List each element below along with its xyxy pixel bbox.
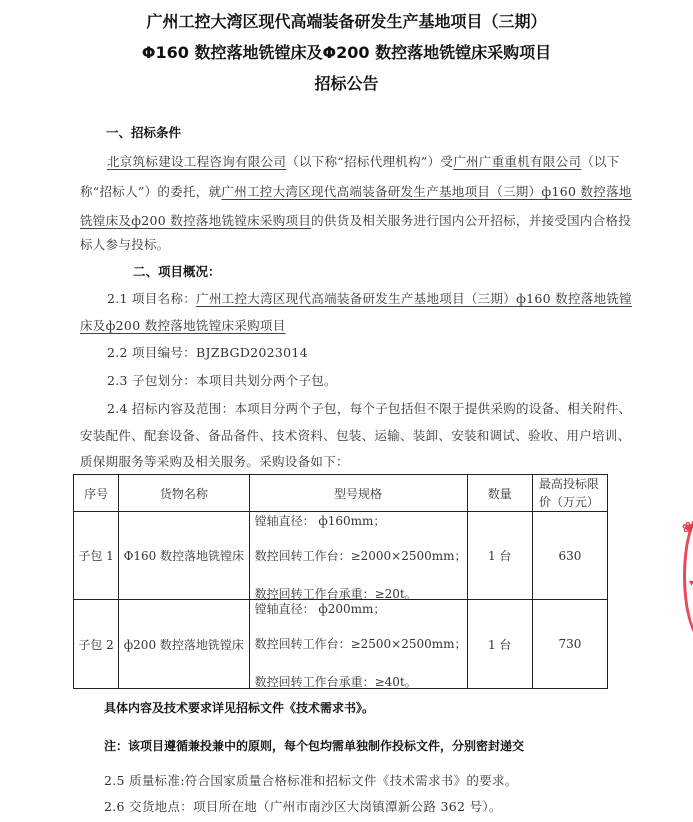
header-qty: 数量 xyxy=(467,475,532,512)
project-name-part1: 广州工控大湾区现代高端装备研发生产基地项目（三期）ф160 数控落地 xyxy=(221,184,631,199)
spec-line: 镗轴直径： ф160mm； xyxy=(255,512,467,541)
text-c: 称“招标人”）的委托，就 xyxy=(80,184,221,199)
section-1-line-2: 称“招标人”）的委托，就广州工控大湾区现代高端装备研发生产基地项目（三期）ф16… xyxy=(80,182,632,200)
text-b: （以下 xyxy=(581,154,619,169)
row-specs: 镗轴直径： ф160mm； 数控回转工作台：≥2000×2500mm； 数控回转… xyxy=(249,512,467,600)
tenderer-name: 广州广重重机有限公司 xyxy=(453,154,581,169)
item-2-4-line-3: 质保期服务等采购及相关服务。采购设备如下： xyxy=(80,452,349,470)
header-goods-name: 货物名称 xyxy=(119,475,249,512)
row-specs: 镗轴直径： ф200mm； 数控回转工作台：≥2500×2500mm； 数控回转… xyxy=(249,600,467,689)
row-goods-name: ф200 数控落地铣镗床 xyxy=(119,600,249,689)
spec-line: 数控回转工作台承重：≥40t。 xyxy=(255,658,467,686)
bid-rule-note: 注：该项目遵循兼投兼中的原则，每个包均需单独制作投标文件，分别密封递交 xyxy=(104,737,524,754)
header-lot: 序号 xyxy=(74,475,119,512)
section-1-line-1: 北京筑标建设工程咨询有限公司（以下称“招标代理机构”）受广州广重重机有限公司（以… xyxy=(107,152,620,170)
row-qty: 1 台 xyxy=(467,600,532,689)
row-price: 630 xyxy=(532,512,607,600)
stamp-fragment-icon: ▾ xyxy=(689,578,693,589)
title-line-2: Φ160 数控落地铣镗床及Φ200 数控落地铣镗床采购项目 xyxy=(0,40,693,63)
header-max-price-line2: 价（万元） xyxy=(539,493,607,511)
title-line-3: 招标公告 xyxy=(0,71,693,94)
item-2-2: 2.2 项目编号：BJZBGD2023014 xyxy=(107,343,308,361)
header-max-price-line1: 最高投标限 xyxy=(539,475,607,493)
item-2-1-label: 2.1 项目名称： xyxy=(107,291,196,306)
item-2-5: 2.5 质量标准:符合国家质量合格标准和招标文件《技术需求书》的要求。 xyxy=(104,771,518,789)
item-2-1-line-1: 2.1 项目名称：广州工控大湾区现代高端装备研发生产基地项目（三期）ф160 数… xyxy=(107,289,632,307)
table-header-row: 序号 货物名称 型号规格 数量 最高投标限 价（万元） xyxy=(74,475,608,512)
item-2-1-value-1: 广州工控大湾区现代高端装备研发生产基地项目（三期）ф160 数控落地铣镗 xyxy=(196,291,632,306)
row-goods-name: Φ160 数控落地铣镗床 xyxy=(119,512,249,600)
title-line-1: 广州工控大湾区现代高端装备研发生产基地项目（三期） xyxy=(0,9,693,32)
text-d: 的供货及相关服务进行国内公开招标，并接受国内合格投 xyxy=(311,213,631,228)
text-a: （以下称“招标代理机构”）受 xyxy=(286,154,453,169)
stamp-fragment-icon: ❀ xyxy=(682,520,693,536)
section-1-line-4: 标人参与投标。 xyxy=(80,235,170,253)
item-2-6: 2.6 交货地点：项目所在地（广州市南沙区大岗镇潭新公路 362 号）。 xyxy=(104,797,502,815)
spec-line: 数控回转工作台承重：≥20t。 xyxy=(255,570,467,598)
project-name-part2: 铣镗床及ф200 数控落地铣镗床采购项目 xyxy=(80,213,311,228)
detail-note: 具体内容及技术要求详见招标文件《技术需求书》。 xyxy=(104,699,374,716)
item-2-3: 2.3 子包划分：本项目共划分两个子包。 xyxy=(107,371,337,389)
spec-line: 数控回转工作台：≥2500×2500mm； xyxy=(255,629,467,658)
item-2-1-value-2: 床及ф200 数控落地铣镗床采购项目 xyxy=(80,318,286,333)
item-2-4-line-2: 安装配件、配套设备、备品备件、技术资料、包装、运输、装卸、安装和调试、验收、用户… xyxy=(80,426,630,444)
section-1-line-3: 铣镗床及ф200 数控落地铣镗床采购项目的供货及相关服务进行国内公开招标，并接受… xyxy=(80,211,631,229)
row-price: 730 xyxy=(532,600,607,689)
item-2-1-line-2: 床及ф200 数控落地铣镗床采购项目 xyxy=(80,316,286,334)
spec-line: 镗轴直径： ф200mm； xyxy=(255,600,467,629)
equipment-table: 序号 货物名称 型号规格 数量 最高投标限 价（万元） 子包 1 Φ160 数控… xyxy=(73,474,608,689)
row-lot: 子包 2 xyxy=(74,600,119,689)
spec-line: 数控回转工作台：≥2000×2500mm； xyxy=(255,541,467,570)
section-1-heading: 一、招标条件 xyxy=(106,123,181,141)
table-row: 子包 1 Φ160 数控落地铣镗床 镗轴直径： ф160mm； 数控回转工作台：… xyxy=(74,512,608,600)
item-2-4-line-1: 2.4 招标内容及范围：本项目分两个子包，每个子包括但不限于提供采购的设备、相关… xyxy=(107,399,631,417)
row-lot: 子包 1 xyxy=(74,512,119,600)
section-2-heading: 二、项目概况： xyxy=(133,262,221,280)
row-qty: 1 台 xyxy=(467,512,532,600)
header-max-price: 最高投标限 价（万元） xyxy=(532,475,607,512)
agency-name: 北京筑标建设工程咨询有限公司 xyxy=(107,154,286,169)
header-spec: 型号规格 xyxy=(249,475,467,512)
table-row: 子包 2 ф200 数控落地铣镗床 镗轴直径： ф200mm； 数控回转工作台：… xyxy=(74,600,608,689)
